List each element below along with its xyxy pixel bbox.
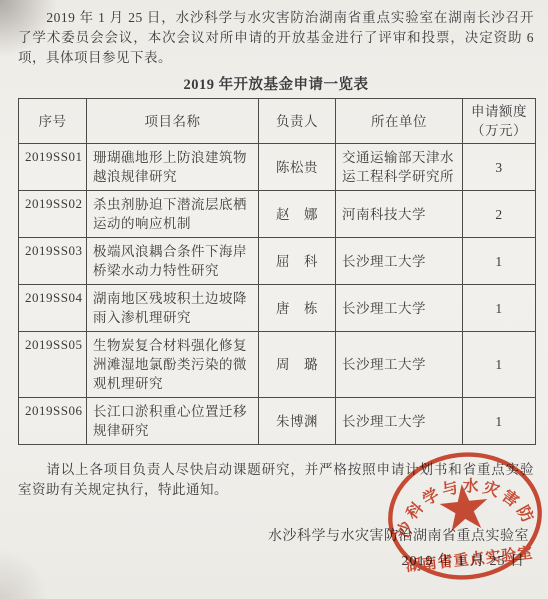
cell-amount: 1 — [463, 285, 536, 332]
table-row: 2019SS03 极端风浪耦合条件下海岸桥梁水动力特性研究 屈 科 长沙理工大学… — [19, 238, 536, 285]
cell-project-name: 生物炭复合材料强化修复洲滩湿地氯酚类污染的微观机理研究 — [87, 332, 259, 398]
date-line: 2019 年 1 月 25 日 — [18, 550, 534, 570]
signature-line: 水沙科学与水灾害防治湖南省重点实验室 — [18, 525, 534, 545]
cell-unit: 长沙理工大学 — [336, 285, 463, 332]
cell-project-id: 2019SS04 — [19, 285, 87, 332]
cell-leader: 周 璐 — [259, 332, 336, 398]
cell-project-id: 2019SS03 — [19, 238, 87, 285]
cell-unit: 长沙理工大学 — [336, 398, 463, 445]
table-row: 2019SS06 长江口淤积重心位置迁移规律研究 朱博渊 长沙理工大学 1 — [19, 398, 536, 445]
cell-leader: 朱博渊 — [259, 398, 336, 445]
table-title: 2019 年开放基金申请一览表 — [18, 73, 534, 94]
table-row: 2019SS04 湖南地区残坡积土边坡降雨入渗机理研究 唐 栋 长沙理工大学 1 — [19, 285, 536, 332]
cell-leader: 赵 娜 — [259, 191, 336, 238]
cell-project-id: 2019SS06 — [19, 398, 87, 445]
cell-project-id: 2019SS05 — [19, 332, 87, 398]
cell-project-name: 珊瑚礁地形上防浪建筑物越浪规律研究 — [87, 144, 259, 191]
signature-block: 水沙科学与水灾害防治湖南省重点实验室 2019 年 1 月 25 日 — [18, 525, 534, 570]
cell-unit: 河南科技大学 — [336, 191, 463, 238]
document-page: 2019 年 1 月 25 日，水沙科学与水灾害防治湖南省重点实验室在湖南长沙召… — [0, 0, 548, 570]
cell-leader: 陈松贵 — [259, 144, 336, 191]
cell-project-name: 长江口淤积重心位置迁移规律研究 — [87, 398, 259, 445]
cell-leader: 屈 科 — [259, 238, 336, 285]
cell-project-name: 极端风浪耦合条件下海岸桥梁水动力特性研究 — [87, 238, 259, 285]
cell-amount: 1 — [463, 398, 536, 445]
closing-paragraph: 请以上各项目负责人尽快启动课题研究，并严格按照申请计划书和省重点实验室资助有关规… — [18, 460, 534, 500]
header-project-name: 项目名称 — [87, 99, 259, 144]
header-amount: 申请额度（万元） — [463, 99, 536, 144]
table-row: 2019SS02 杀虫剂胁迫下潜流层底栖运动的响应机制 赵 娜 河南科技大学 2 — [19, 191, 536, 238]
header-leader: 负责人 — [259, 99, 336, 144]
cell-amount: 3 — [463, 144, 536, 191]
fund-application-table: 序号 项目名称 负责人 所在单位 申请额度（万元） 2019SS01 珊瑚礁地形… — [18, 98, 536, 445]
cell-amount: 2 — [463, 191, 536, 238]
table-row: 2019SS05 生物炭复合材料强化修复洲滩湿地氯酚类污染的微观机理研究 周 璐… — [19, 332, 536, 398]
cell-leader: 唐 栋 — [259, 285, 336, 332]
table-row: 2019SS01 珊瑚礁地形上防浪建筑物越浪规律研究 陈松贵 交通运输部天津水运… — [19, 144, 536, 191]
cell-project-name: 湖南地区残坡积土边坡降雨入渗机理研究 — [87, 285, 259, 332]
cell-amount: 1 — [463, 238, 536, 285]
table-header-row: 序号 项目名称 负责人 所在单位 申请额度（万元） — [19, 99, 536, 144]
header-index: 序号 — [19, 99, 87, 144]
cell-project-name: 杀虫剂胁迫下潜流层底栖运动的响应机制 — [87, 191, 259, 238]
cell-project-id: 2019SS01 — [19, 144, 87, 191]
cell-unit: 长沙理工大学 — [336, 238, 463, 285]
intro-paragraph: 2019 年 1 月 25 日，水沙科学与水灾害防治湖南省重点实验室在湖南长沙召… — [18, 8, 534, 68]
cell-unit: 交通运输部天津水运工程科学研究所 — [336, 144, 463, 191]
cell-unit: 长沙理工大学 — [336, 332, 463, 398]
cell-project-id: 2019SS02 — [19, 191, 87, 238]
cell-amount: 1 — [463, 332, 536, 398]
header-unit: 所在单位 — [336, 99, 463, 144]
